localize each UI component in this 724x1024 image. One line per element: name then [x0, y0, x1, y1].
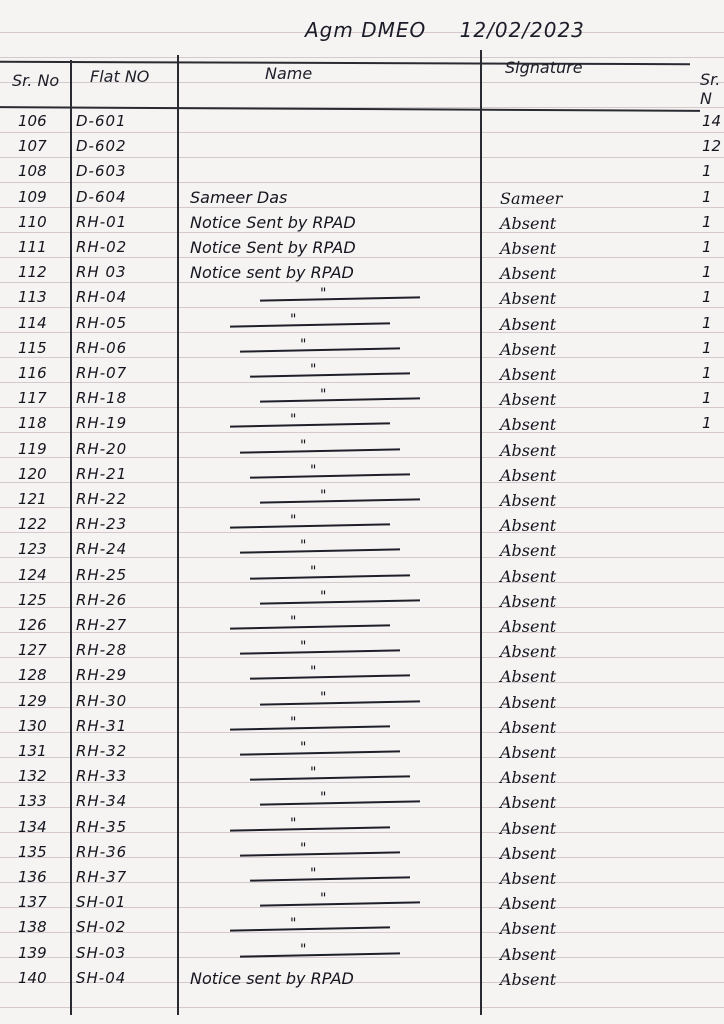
signature-cell: Absent	[500, 819, 630, 838]
flat-no-cell: RH-22	[76, 490, 176, 508]
sr-no-cell: 108	[18, 162, 68, 180]
table-row: 124RH-25"Absent	[0, 564, 724, 589]
name-cell: "	[190, 515, 475, 535]
name-cell: "	[190, 591, 475, 611]
sr-no-cell: 120	[18, 465, 68, 483]
signature-cell: Absent	[500, 743, 630, 762]
flat-no-cell: RH-37	[76, 868, 176, 886]
sr-no-cell: 129	[18, 692, 68, 710]
table-row: 140SH-04Notice sent by RPADAbsent	[0, 967, 724, 992]
table-row: 109D-604Sameer DasSameer1	[0, 186, 724, 211]
sr-no-cell: 128	[18, 666, 68, 684]
name-cell: "	[190, 465, 475, 485]
signature-cell: Absent	[500, 642, 630, 661]
ditto-mark: "	[250, 666, 410, 682]
right-margin-cell: 1	[702, 162, 724, 180]
sr-no-cell: 132	[18, 767, 68, 785]
table-row: 122RH-23"Absent	[0, 513, 724, 538]
sr-no-cell: 114	[18, 314, 68, 332]
flat-no-cell: D-601	[76, 112, 176, 130]
table-row: 113RH-04"Absent1	[0, 286, 724, 311]
signature-cell: Absent	[500, 466, 630, 485]
signature-cell: Absent	[500, 390, 630, 409]
right-margin-cell: 1	[702, 364, 724, 382]
flat-no-cell: D-603	[76, 162, 176, 180]
table-row: 107D-60212	[0, 135, 724, 160]
sr-no-cell: 112	[18, 263, 68, 281]
table-row: 120RH-21"Absent	[0, 463, 724, 488]
flat-no-cell: RH-36	[76, 843, 176, 861]
flat-no-cell: SH-01	[76, 893, 176, 911]
sr-no-cell: 115	[18, 339, 68, 357]
table-row: 129RH-30"Absent	[0, 690, 724, 715]
ditto-mark: "	[240, 944, 400, 960]
flat-no-cell: D-602	[76, 137, 176, 155]
sr-no-cell: 123	[18, 540, 68, 558]
signature-cell: Absent	[500, 617, 630, 636]
ditto-mark: "	[260, 288, 420, 304]
sr-no-cell: 117	[18, 389, 68, 407]
sr-no-cell: 138	[18, 918, 68, 936]
table-row: 110RH-01Notice Sent by RPADAbsent1	[0, 211, 724, 236]
table-row: 131RH-32"Absent	[0, 740, 724, 765]
signature-cell: Absent	[500, 592, 630, 611]
ditto-mark: "	[260, 490, 420, 506]
sr-no-cell: 121	[18, 490, 68, 508]
table-row: 115RH-06"Absent1	[0, 337, 724, 362]
ditto-mark: "	[230, 818, 390, 834]
name-cell: "	[190, 893, 475, 913]
name-cell: "	[190, 490, 475, 510]
ditto-mark: "	[260, 389, 420, 405]
flat-no-cell: D-604	[76, 188, 176, 206]
ditto-mark: "	[230, 918, 390, 934]
ditto-mark: "	[260, 692, 420, 708]
flat-no-cell: RH-26	[76, 591, 176, 609]
flat-no-cell: RH-19	[76, 414, 176, 432]
flat-no-cell: RH-29	[76, 666, 176, 684]
signature-cell: Absent	[500, 289, 630, 308]
sr-no-cell: 122	[18, 515, 68, 533]
name-cell: "	[190, 389, 475, 409]
sr-no-cell: 133	[18, 792, 68, 810]
table-row: 106D-60114	[0, 110, 724, 135]
name-cell: "	[190, 566, 475, 586]
signature-cell: Sameer	[500, 189, 630, 208]
header-top-rule	[0, 61, 690, 65]
right-margin-cell: 12	[702, 137, 724, 155]
ditto-mark: "	[230, 314, 390, 330]
name-cell: "	[190, 767, 475, 787]
signature-cell: Absent	[500, 567, 630, 586]
flat-no-cell: RH-18	[76, 389, 176, 407]
flat-no-cell: RH-02	[76, 238, 176, 256]
flat-no-cell: RH-21	[76, 465, 176, 483]
right-margin-cell: 1	[702, 389, 724, 407]
signature-cell: Absent	[500, 365, 630, 384]
table-row: 112RH 03Notice sent by RPADAbsent1	[0, 261, 724, 286]
flat-no-cell: SH-02	[76, 918, 176, 936]
sr-no-cell: 139	[18, 944, 68, 962]
flat-no-cell: RH-32	[76, 742, 176, 760]
table-row: 118RH-19"Absent1	[0, 412, 724, 437]
flat-no-cell: RH-33	[76, 767, 176, 785]
ditto-mark: "	[250, 465, 410, 481]
flat-no-cell: RH-04	[76, 288, 176, 306]
ditto-mark: "	[240, 742, 400, 758]
ditto-mark: "	[250, 767, 410, 783]
signature-cell: Absent	[500, 340, 630, 359]
name-cell: "	[190, 868, 475, 888]
name-cell: "	[190, 641, 475, 661]
ditto-mark: "	[250, 868, 410, 884]
flat-no-cell: RH-30	[76, 692, 176, 710]
flat-no-cell: RH-24	[76, 540, 176, 558]
table-row: 108D-6031	[0, 160, 724, 185]
name-cell: "	[190, 666, 475, 686]
header-signature: Signature	[505, 58, 583, 77]
flat-no-cell: SH-04	[76, 969, 176, 987]
name-cell: "	[190, 364, 475, 384]
name-cell: "	[190, 616, 475, 636]
sr-no-cell: 119	[18, 440, 68, 458]
table-row: 136RH-37"Absent	[0, 866, 724, 891]
name-cell: Sameer Das	[190, 188, 475, 207]
table-row: 127RH-28"Absent	[0, 639, 724, 664]
name-cell: Notice sent by RPAD	[190, 263, 475, 282]
right-margin-cell: 14	[702, 112, 724, 130]
flat-no-cell: RH-34	[76, 792, 176, 810]
signature-cell: Absent	[500, 214, 630, 233]
heading-text: Agm DMEO	[305, 18, 426, 42]
table-row: 125RH-26"Absent	[0, 589, 724, 614]
ditto-mark: "	[240, 440, 400, 456]
sr-no-cell: 131	[18, 742, 68, 760]
sr-no-cell: 125	[18, 591, 68, 609]
table-row: 123RH-24"Absent	[0, 538, 724, 563]
name-cell: "	[190, 288, 475, 308]
flat-no-cell: RH-31	[76, 717, 176, 735]
table-row: 134RH-35"Absent	[0, 816, 724, 841]
signature-cell: Absent	[500, 693, 630, 712]
table-row: 111RH-02Notice Sent by RPADAbsent1	[0, 236, 724, 261]
right-margin-cell: 1	[702, 213, 724, 231]
sr-no-cell: 136	[18, 868, 68, 886]
ditto-mark: "	[260, 792, 420, 808]
sr-no-cell: 137	[18, 893, 68, 911]
name-cell: "	[190, 440, 475, 460]
right-margin-cell: 1	[702, 314, 724, 332]
signature-cell: Absent	[500, 718, 630, 737]
name-cell: "	[190, 414, 475, 434]
flat-no-cell: RH-25	[76, 566, 176, 584]
sr-no-cell: 110	[18, 213, 68, 231]
signature-cell: Absent	[500, 970, 630, 989]
table-row: 116RH-07"Absent1	[0, 362, 724, 387]
name-cell: "	[190, 918, 475, 938]
table-row: 126RH-27"Absent	[0, 614, 724, 639]
ditto-mark: "	[260, 591, 420, 607]
signature-cell: Absent	[500, 541, 630, 560]
signature-cell: Absent	[500, 441, 630, 460]
page-heading: Agm DMEO 12/02/2023	[305, 18, 611, 42]
ditto-mark: "	[250, 566, 410, 582]
sr-no-cell: 107	[18, 137, 68, 155]
flat-no-cell: RH-28	[76, 641, 176, 659]
name-cell: Notice Sent by RPAD	[190, 238, 475, 257]
flat-no-cell: RH-07	[76, 364, 176, 382]
signature-cell: Absent	[500, 491, 630, 510]
table-row: 117RH-18"Absent1	[0, 387, 724, 412]
table-row: 139SH-03"Absent	[0, 942, 724, 967]
sr-no-cell: 134	[18, 818, 68, 836]
ditto-mark: "	[250, 364, 410, 380]
flat-no-cell: RH-35	[76, 818, 176, 836]
right-margin-cell: 1	[702, 263, 724, 281]
flat-no-cell: RH-20	[76, 440, 176, 458]
name-cell: "	[190, 692, 475, 712]
table-row: 121RH-22"Absent	[0, 488, 724, 513]
header-name: Name	[265, 64, 312, 83]
sr-no-cell: 135	[18, 843, 68, 861]
ditto-mark: "	[230, 616, 390, 632]
sr-no-cell: 109	[18, 188, 68, 206]
table-row: 138SH-02"Absent	[0, 916, 724, 941]
flat-no-cell: RH-23	[76, 515, 176, 533]
flat-no-cell: RH 03	[76, 263, 176, 281]
sr-no-cell: 106	[18, 112, 68, 130]
sr-no-cell: 118	[18, 414, 68, 432]
header-right-margin: Sr. N	[700, 70, 724, 108]
right-margin-cell: 1	[702, 188, 724, 206]
table-row: 130RH-31"Absent	[0, 715, 724, 740]
table-row: 137SH-01"Absent	[0, 891, 724, 916]
name-cell: "	[190, 339, 475, 359]
sr-no-cell: 130	[18, 717, 68, 735]
table-row: 128RH-29"Absent	[0, 664, 724, 689]
sr-no-cell: 116	[18, 364, 68, 382]
sr-no-cell: 111	[18, 238, 68, 256]
signature-cell: Absent	[500, 264, 630, 283]
ditto-mark: "	[240, 339, 400, 355]
flat-no-cell: RH-27	[76, 616, 176, 634]
right-margin-cell: 1	[702, 414, 724, 432]
name-cell: "	[190, 944, 475, 964]
signature-cell: Absent	[500, 844, 630, 863]
ditto-mark: "	[240, 641, 400, 657]
name-cell: "	[190, 540, 475, 560]
name-cell: "	[190, 717, 475, 737]
table-row: 133RH-34"Absent	[0, 790, 724, 815]
header-sr-no: Sr. No	[12, 70, 62, 92]
name-cell: "	[190, 742, 475, 762]
header-flat-no: Flat NO	[90, 66, 160, 88]
name-cell: "	[190, 314, 475, 334]
sr-no-cell: 127	[18, 641, 68, 659]
signature-cell: Absent	[500, 768, 630, 787]
signature-cell: Absent	[500, 415, 630, 434]
signature-cell: Absent	[500, 945, 630, 964]
signature-cell: Absent	[500, 793, 630, 812]
ditto-mark: "	[240, 540, 400, 556]
right-margin-cell: 1	[702, 288, 724, 306]
table-row: 135RH-36"Absent	[0, 841, 724, 866]
flat-no-cell: RH-01	[76, 213, 176, 231]
name-cell: Notice sent by RPAD	[190, 969, 475, 988]
signature-cell: Absent	[500, 894, 630, 913]
right-margin-cell: 1	[702, 339, 724, 357]
name-cell: "	[190, 792, 475, 812]
table-row: 132RH-33"Absent	[0, 765, 724, 790]
ditto-mark: "	[240, 843, 400, 859]
ditto-mark: "	[230, 414, 390, 430]
sr-no-cell: 126	[18, 616, 68, 634]
table-row: 119RH-20"Absent	[0, 438, 724, 463]
name-cell: "	[190, 818, 475, 838]
signature-cell: Absent	[500, 869, 630, 888]
name-cell: Notice Sent by RPAD	[190, 213, 475, 232]
signature-cell: Absent	[500, 239, 630, 258]
register-page: Agm DMEO 12/02/2023 Sr. No Flat NO Name …	[0, 0, 724, 1024]
flat-no-cell: SH-03	[76, 944, 176, 962]
sr-no-cell: 140	[18, 969, 68, 987]
name-cell: "	[190, 843, 475, 863]
table-row: 114RH-05"Absent1	[0, 312, 724, 337]
ditto-mark: "	[260, 893, 420, 909]
flat-no-cell: RH-05	[76, 314, 176, 332]
sr-no-cell: 124	[18, 566, 68, 584]
signature-cell: Absent	[500, 667, 630, 686]
heading-date: 12/02/2023	[460, 18, 585, 42]
signature-cell: Absent	[500, 516, 630, 535]
sr-no-cell: 113	[18, 288, 68, 306]
ditto-mark: "	[230, 515, 390, 531]
flat-no-cell: RH-06	[76, 339, 176, 357]
ditto-mark: "	[230, 717, 390, 733]
signature-cell: Absent	[500, 315, 630, 334]
signature-cell: Absent	[500, 919, 630, 938]
right-margin-cell: 1	[702, 238, 724, 256]
